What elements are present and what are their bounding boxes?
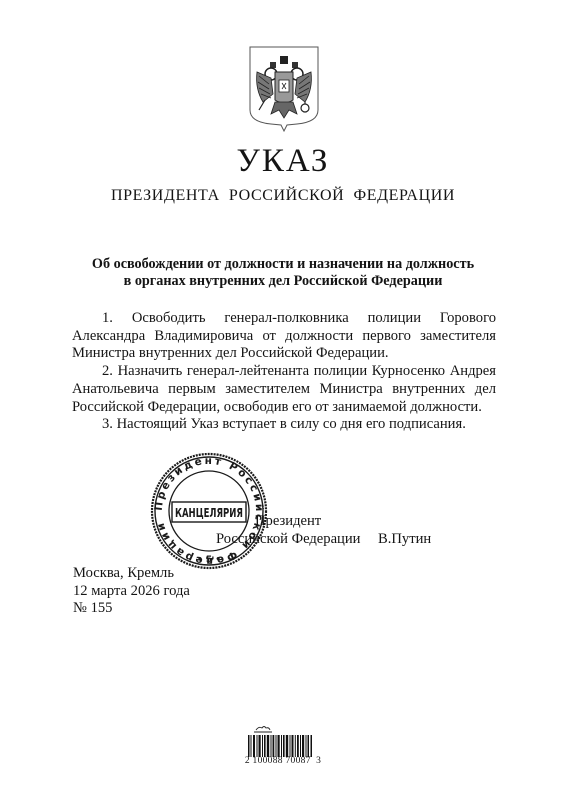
signatory-name: В.Путин — [378, 531, 431, 548]
coat-of-arms-icon — [247, 44, 321, 132]
decree-body: 1. Освободить генерал-полковника полиции… — [72, 310, 496, 434]
chancellery-stamp: Президент Российской Федерации КАНЦЕЛЯРИ… — [150, 452, 268, 570]
issue-details: Москва, Кремль 12 марта 2026 года № 155 — [73, 565, 190, 618]
signature-title-line1: Президент — [255, 513, 321, 530]
heading-line: Об освобождении от должности и назначени… — [0, 256, 566, 273]
issue-date: 12 марта 2026 года — [73, 583, 190, 601]
stamp-center-text: КАНЦЕЛЯРИЯ — [175, 506, 243, 520]
heading-line: в органах внутренних дел Российской Феде… — [0, 273, 566, 290]
signature-title-line2: Российской Федерации — [216, 531, 361, 548]
barcode-digits: 2 100088 70087 3 — [224, 756, 342, 767]
decree-heading: Об освобождении от должности и назначени… — [0, 256, 566, 290]
decree-number: № 155 — [73, 600, 190, 618]
decree-paragraph-1: 1. Освободить генерал-полковника полиции… — [72, 310, 496, 363]
stamp-number: • 5 • — [197, 555, 221, 565]
issue-place: Москва, Кремль — [73, 565, 190, 583]
document-title: УКАЗ — [0, 143, 566, 179]
decree-paragraph-3: 3. Настоящий Указ вступает в силу со дня… — [72, 416, 496, 434]
document-subtitle: ПРЕЗИДЕНТА РОССИЙСКОЙ ФЕДЕРАЦИИ — [0, 186, 566, 206]
decree-paragraph-2: 2. Назначить генерал-лейтенанта полиции … — [72, 363, 496, 416]
